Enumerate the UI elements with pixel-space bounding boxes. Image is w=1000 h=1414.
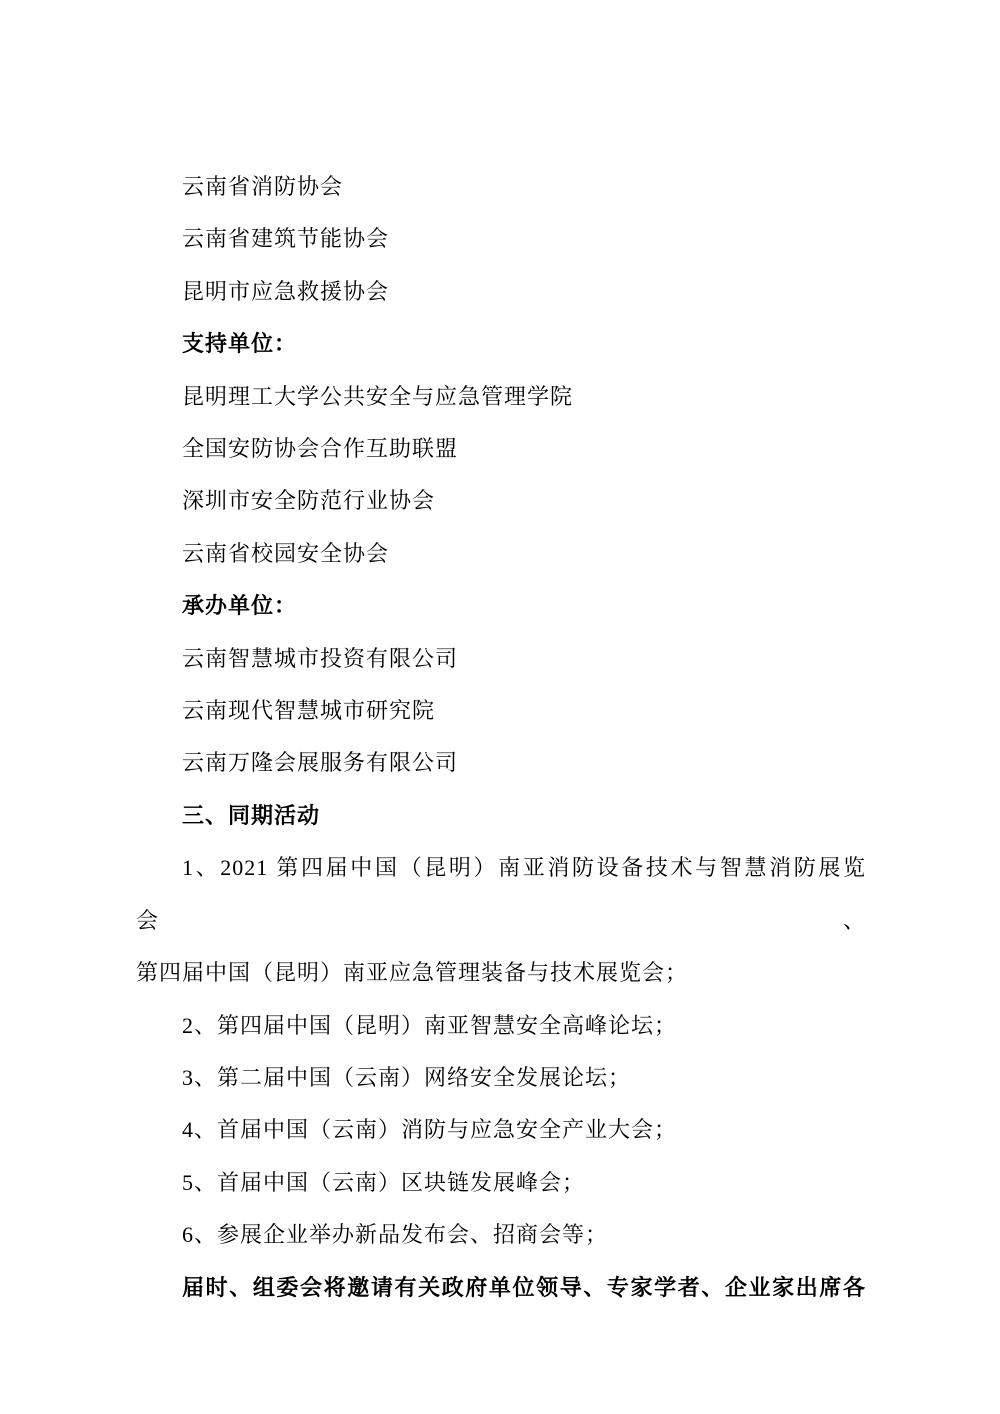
section-label-supporting-units: 支持单位： [136, 318, 866, 370]
org-item-line: 云南省校园安全协会 [136, 528, 866, 580]
org-item-line: 昆明市应急救援协会 [136, 266, 866, 318]
activity-item-line: 6、参展企业举办新品发布会、招商会等； [136, 1209, 866, 1261]
org-item-line: 昆明理工大学公共安全与应急管理学院 [136, 371, 866, 423]
activity-item-line: 4、首届中国（云南）消防与应急安全产业大会； [136, 1104, 866, 1156]
section-heading-concurrent-activities: 三、同期活动 [136, 790, 866, 842]
org-item-line: 云南现代智慧城市研究院 [136, 685, 866, 737]
activity-item-line: 3、第二届中国（云南）网络安全发展论坛； [136, 1052, 866, 1104]
org-item-line: 云南智慧城市投资有限公司 [136, 633, 866, 685]
org-item-line: 云南省建筑节能协会 [136, 213, 866, 265]
paragraph-invitation-line: 届时、组委会将邀请有关政府单位领导、专家学者、企业家出席各 [136, 1262, 866, 1314]
activity-item-line: 2、第四届中国（昆明）南亚智慧安全高峰论坛； [136, 1000, 866, 1052]
activity-item-line: 1、2021 第四届中国（昆明）南亚消防设备技术与智慧消防展览会、 [136, 842, 866, 947]
activity-item-line: 5、首届中国（云南）区块链发展峰会； [136, 1157, 866, 1209]
document-content: 云南省消防协会 云南省建筑节能协会 昆明市应急救援协会 支持单位： 昆明理工大学… [136, 161, 866, 1314]
activity-item-wrap-line: 第四届中国（昆明）南亚应急管理装备与技术展览会； [136, 947, 866, 999]
org-item-line: 全国安防协会合作互助联盟 [136, 423, 866, 475]
document-page: 云南省消防协会 云南省建筑节能协会 昆明市应急救援协会 支持单位： 昆明理工大学… [0, 0, 1000, 1414]
org-item-line: 云南省消防协会 [136, 161, 866, 213]
org-item-line: 深圳市安全防范行业协会 [136, 475, 866, 527]
section-label-organizers: 承办单位： [136, 580, 866, 632]
org-item-line: 云南万隆会展服务有限公司 [136, 737, 866, 789]
